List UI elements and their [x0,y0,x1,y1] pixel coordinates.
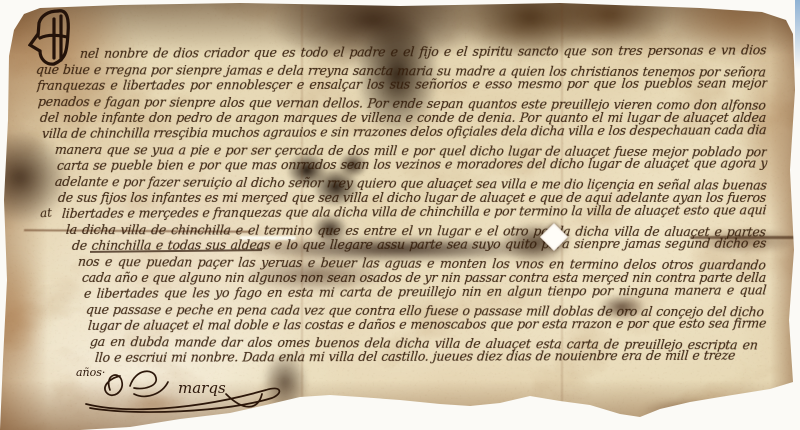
script-line: lugar de aluaçet el mal doble e las cost… [87,316,767,334]
script-line: franquezas e libertades por ennoblesçer … [36,75,768,94]
script-line: carta se pueble bien e por que mas onrra… [56,156,768,174]
signature-prefix: años· [76,366,105,379]
script-line: nel nonbre de dios criador que es todo e… [79,42,767,62]
script-line: de chinchilla e todas sus aldeas e lo qu… [71,236,767,254]
script-line: libertades e merçedes e franquezas que a… [61,202,767,222]
signature-name: marqs [178,379,226,397]
script-line: villa de chinchilla rresçibia muchos agr… [41,122,767,142]
signature-block: años· marqs [74,358,314,416]
torn-edge-shade [640,398,730,424]
script-line: e libertades que les yo fago en esta mi … [83,282,767,302]
parchment-photo: E nel nonbre de dios criador que es todo… [0,0,800,430]
rust-stain [0,250,45,380]
illuminated-initial: E [28,7,74,67]
parchment: E nel nonbre de dios criador que es todo… [0,0,800,430]
page-edge-sliver [795,0,800,70]
margin-note: at [40,206,53,221]
